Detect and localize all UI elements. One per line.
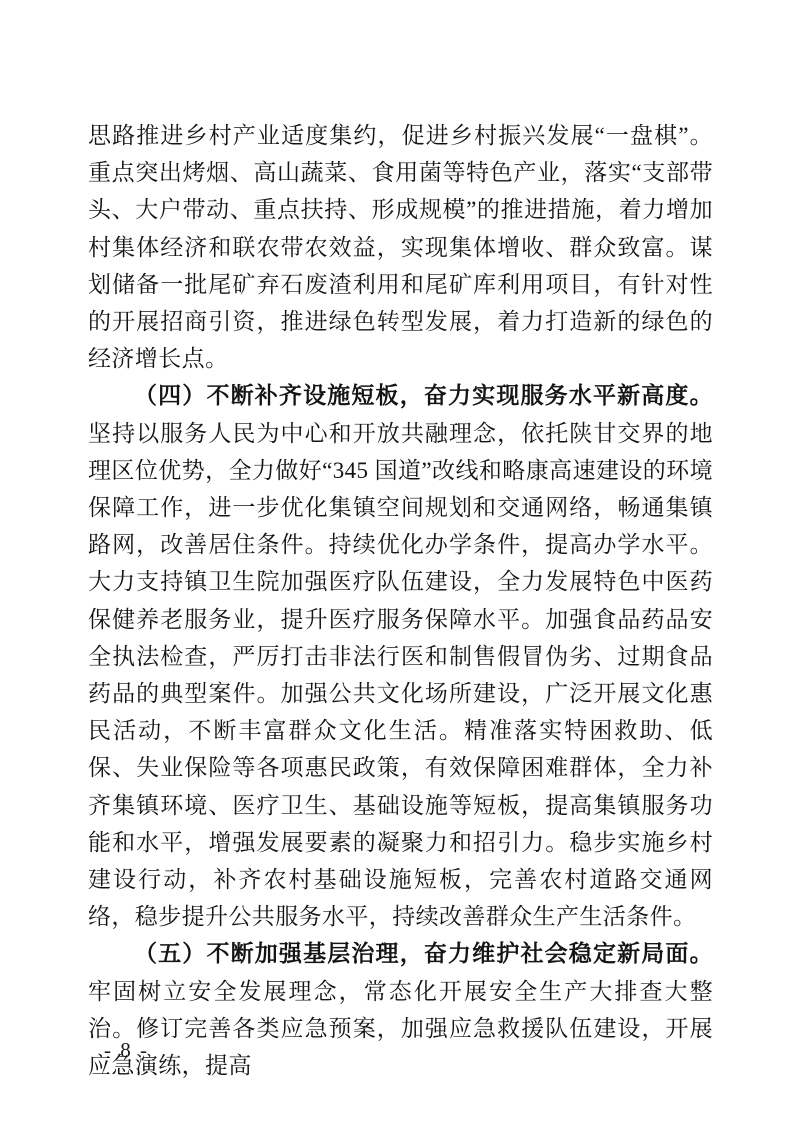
paragraph-text: 坚持以服务人民为中心和开放共融理念，依托陕甘交界的地理区位优势，全力做好“345… [88, 421, 713, 930]
page-number: - 8 - [104, 1038, 149, 1063]
paragraph-text: 思路推进乡村产业适度集约，促进乡村振兴发展“一盘棋”。重点突出烤烟、高山蔬菜、食… [88, 123, 713, 371]
paragraph-heading: （五）不断加强基层治理，奋力维护社会稳定新局面。 [134, 941, 713, 966]
paragraph: （五）不断加强基层治理，奋力维护社会稳定新局面。牢固树立安全发展理念，常态化开展… [88, 935, 713, 1084]
paragraph-text: 牢固树立安全发展理念，常态化开展安全生产大排查大整治。修订完善各类应急预案，加强… [88, 979, 713, 1078]
paragraph: （四）不断补齐设施短板，奋力实现服务水平新高度。坚持以服务人民为中心和开放共融理… [88, 377, 713, 935]
paragraph: 思路推进乡村产业适度集约，促进乡村振兴发展“一盘棋”。重点突出烤烟、高山蔬菜、食… [88, 117, 713, 377]
document-body: 思路推进乡村产业适度集约，促进乡村振兴发展“一盘棋”。重点突出烤烟、高山蔬菜、食… [88, 117, 713, 1084]
paragraph-heading: （四）不断补齐设施短板，奋力实现服务水平新高度。 [134, 383, 713, 408]
document-page: 思路推进乡村产业适度集约，促进乡村振兴发展“一盘棋”。重点突出烤烟、高山蔬菜、食… [0, 0, 793, 1122]
